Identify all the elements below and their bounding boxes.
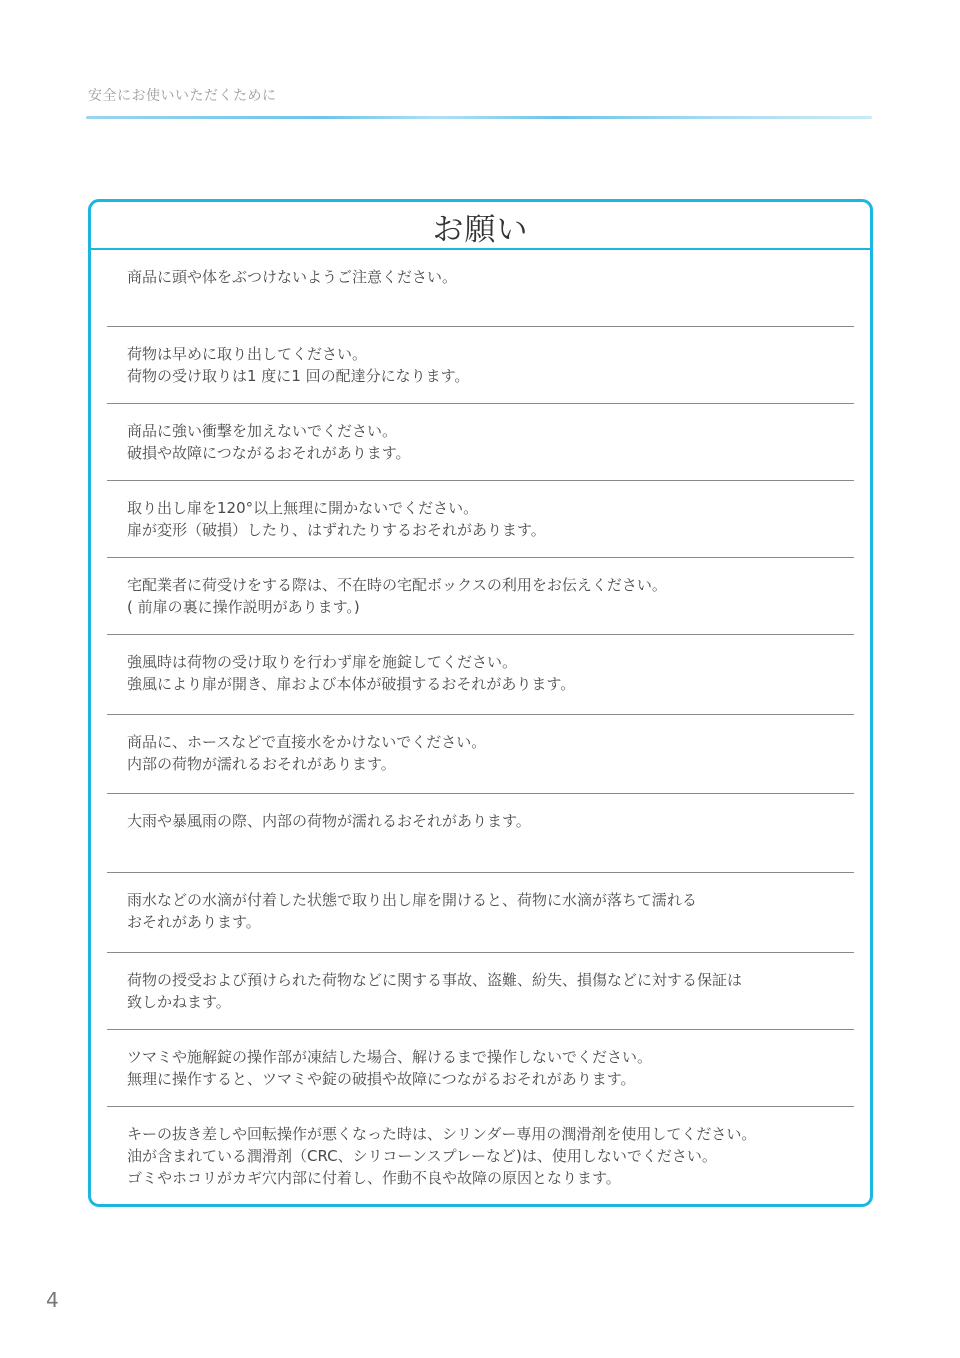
notice-box: お願い 商品に頭や体をぶつけないようご注意ください。荷物は早めに取り出してくださ… [88,199,873,1207]
notice-item: 商品に強い衝撃を加えないでください。破損や故障につながるおそれがあります。 [107,404,854,481]
notice-item: 雨水などの水滴が付着した状態で取り出し扉を開けると、荷物に水滴が落ちて濡れるおそ… [107,873,854,953]
notice-item-line: おそれがあります。 [127,911,854,933]
notice-item: 宅配業者に荷受けをする際は、不在時の宅配ボックスの利用をお伝えください。( 前扉… [107,558,854,635]
notice-item-line: ( 前扉の裏に操作説明があります。) [127,596,854,618]
notice-item: 商品に、ホースなどで直接水をかけないでください。内部の荷物が濡れるおそれがありま… [107,715,854,794]
notice-item: 大雨や暴風雨の際、内部の荷物が濡れるおそれがあります。 [107,794,854,873]
section-header: 安全にお使いいただくために [88,85,277,105]
notice-item: キーの抜き差しや回転操作が悪くなった時は、シリンダー専用の潤滑剤を使用してくださ… [107,1107,854,1207]
notice-item: 取り出し扉を120°以上無理に開かないでください。扉が変形（破損）したり、はずれ… [107,481,854,558]
notice-item-line: 致しかねます。 [127,991,854,1013]
notice-item-line: 商品に強い衝撃を加えないでください。 [127,420,854,442]
notice-item-line: 強風により扉が開き、扉および本体が破損するおそれがあります。 [127,673,854,695]
notice-item-line: 取り出し扉を120°以上無理に開かないでください。 [127,497,854,519]
notice-item-line: 強風時は荷物の受け取りを行わず扉を施錠してください。 [127,651,854,673]
notice-item-line: 破損や故障につながるおそれがあります。 [127,442,854,464]
notice-item-line: 大雨や暴風雨の際、内部の荷物が濡れるおそれがあります。 [127,810,854,832]
notice-item-line: 荷物の受け取りは1 度に1 回の配達分になります。 [127,365,854,387]
notice-item-line: 荷物の授受および預けられた荷物などに関する事故、盗難、紛失、損傷などに対する保証… [127,969,854,991]
notice-item: ツマミや施解錠の操作部が凍結した場合、解けるまで操作しないでください。無理に操作… [107,1030,854,1107]
notice-item-line: 商品に頭や体をぶつけないようご注意ください。 [127,266,854,288]
notice-item-line: 扉が変形（破損）したり、はずれたりするおそれがあります。 [127,519,854,541]
notice-list: 商品に頭や体をぶつけないようご注意ください。荷物は早めに取り出してください。荷物… [107,250,854,1207]
notice-item-line: 商品に、ホースなどで直接水をかけないでください。 [127,731,854,753]
page-number: 4 [46,1288,59,1312]
notice-item: 荷物は早めに取り出してください。荷物の受け取りは1 度に1 回の配達分になります… [107,327,854,404]
header-rule [86,116,872,119]
notice-item-line: ツマミや施解錠の操作部が凍結した場合、解けるまで操作しないでください。 [127,1046,854,1068]
notice-item-line: キーの抜き差しや回転操作が悪くなった時は、シリンダー専用の潤滑剤を使用してくださ… [127,1123,854,1145]
notice-item-line: 油が含まれている潤滑剤（CRC、シリコーンスプレーなど)は、使用しないでください… [127,1145,854,1167]
notice-item-line: ゴミやホコリがカギ穴内部に付着し、作動不良や故障の原因となります。 [127,1167,854,1189]
notice-item: 強風時は荷物の受け取りを行わず扉を施錠してください。強風により扉が開き、扉および… [107,635,854,715]
notice-item-line: 内部の荷物が濡れるおそれがあります。 [127,753,854,775]
notice-title-bar: お願い [91,202,870,250]
notice-item-line: 雨水などの水滴が付着した状態で取り出し扉を開けると、荷物に水滴が落ちて濡れる [127,889,854,911]
notice-item-line: 無理に操作すると、ツマミや錠の破損や故障につながるおそれがあります。 [127,1068,854,1090]
notice-item: 商品に頭や体をぶつけないようご注意ください。 [107,250,854,327]
notice-item: 荷物の授受および預けられた荷物などに関する事故、盗難、紛失、損傷などに対する保証… [107,953,854,1030]
notice-item-line: 宅配業者に荷受けをする際は、不在時の宅配ボックスの利用をお伝えください。 [127,574,854,596]
notice-title: お願い [433,204,529,249]
notice-item-line: 荷物は早めに取り出してください。 [127,343,854,365]
